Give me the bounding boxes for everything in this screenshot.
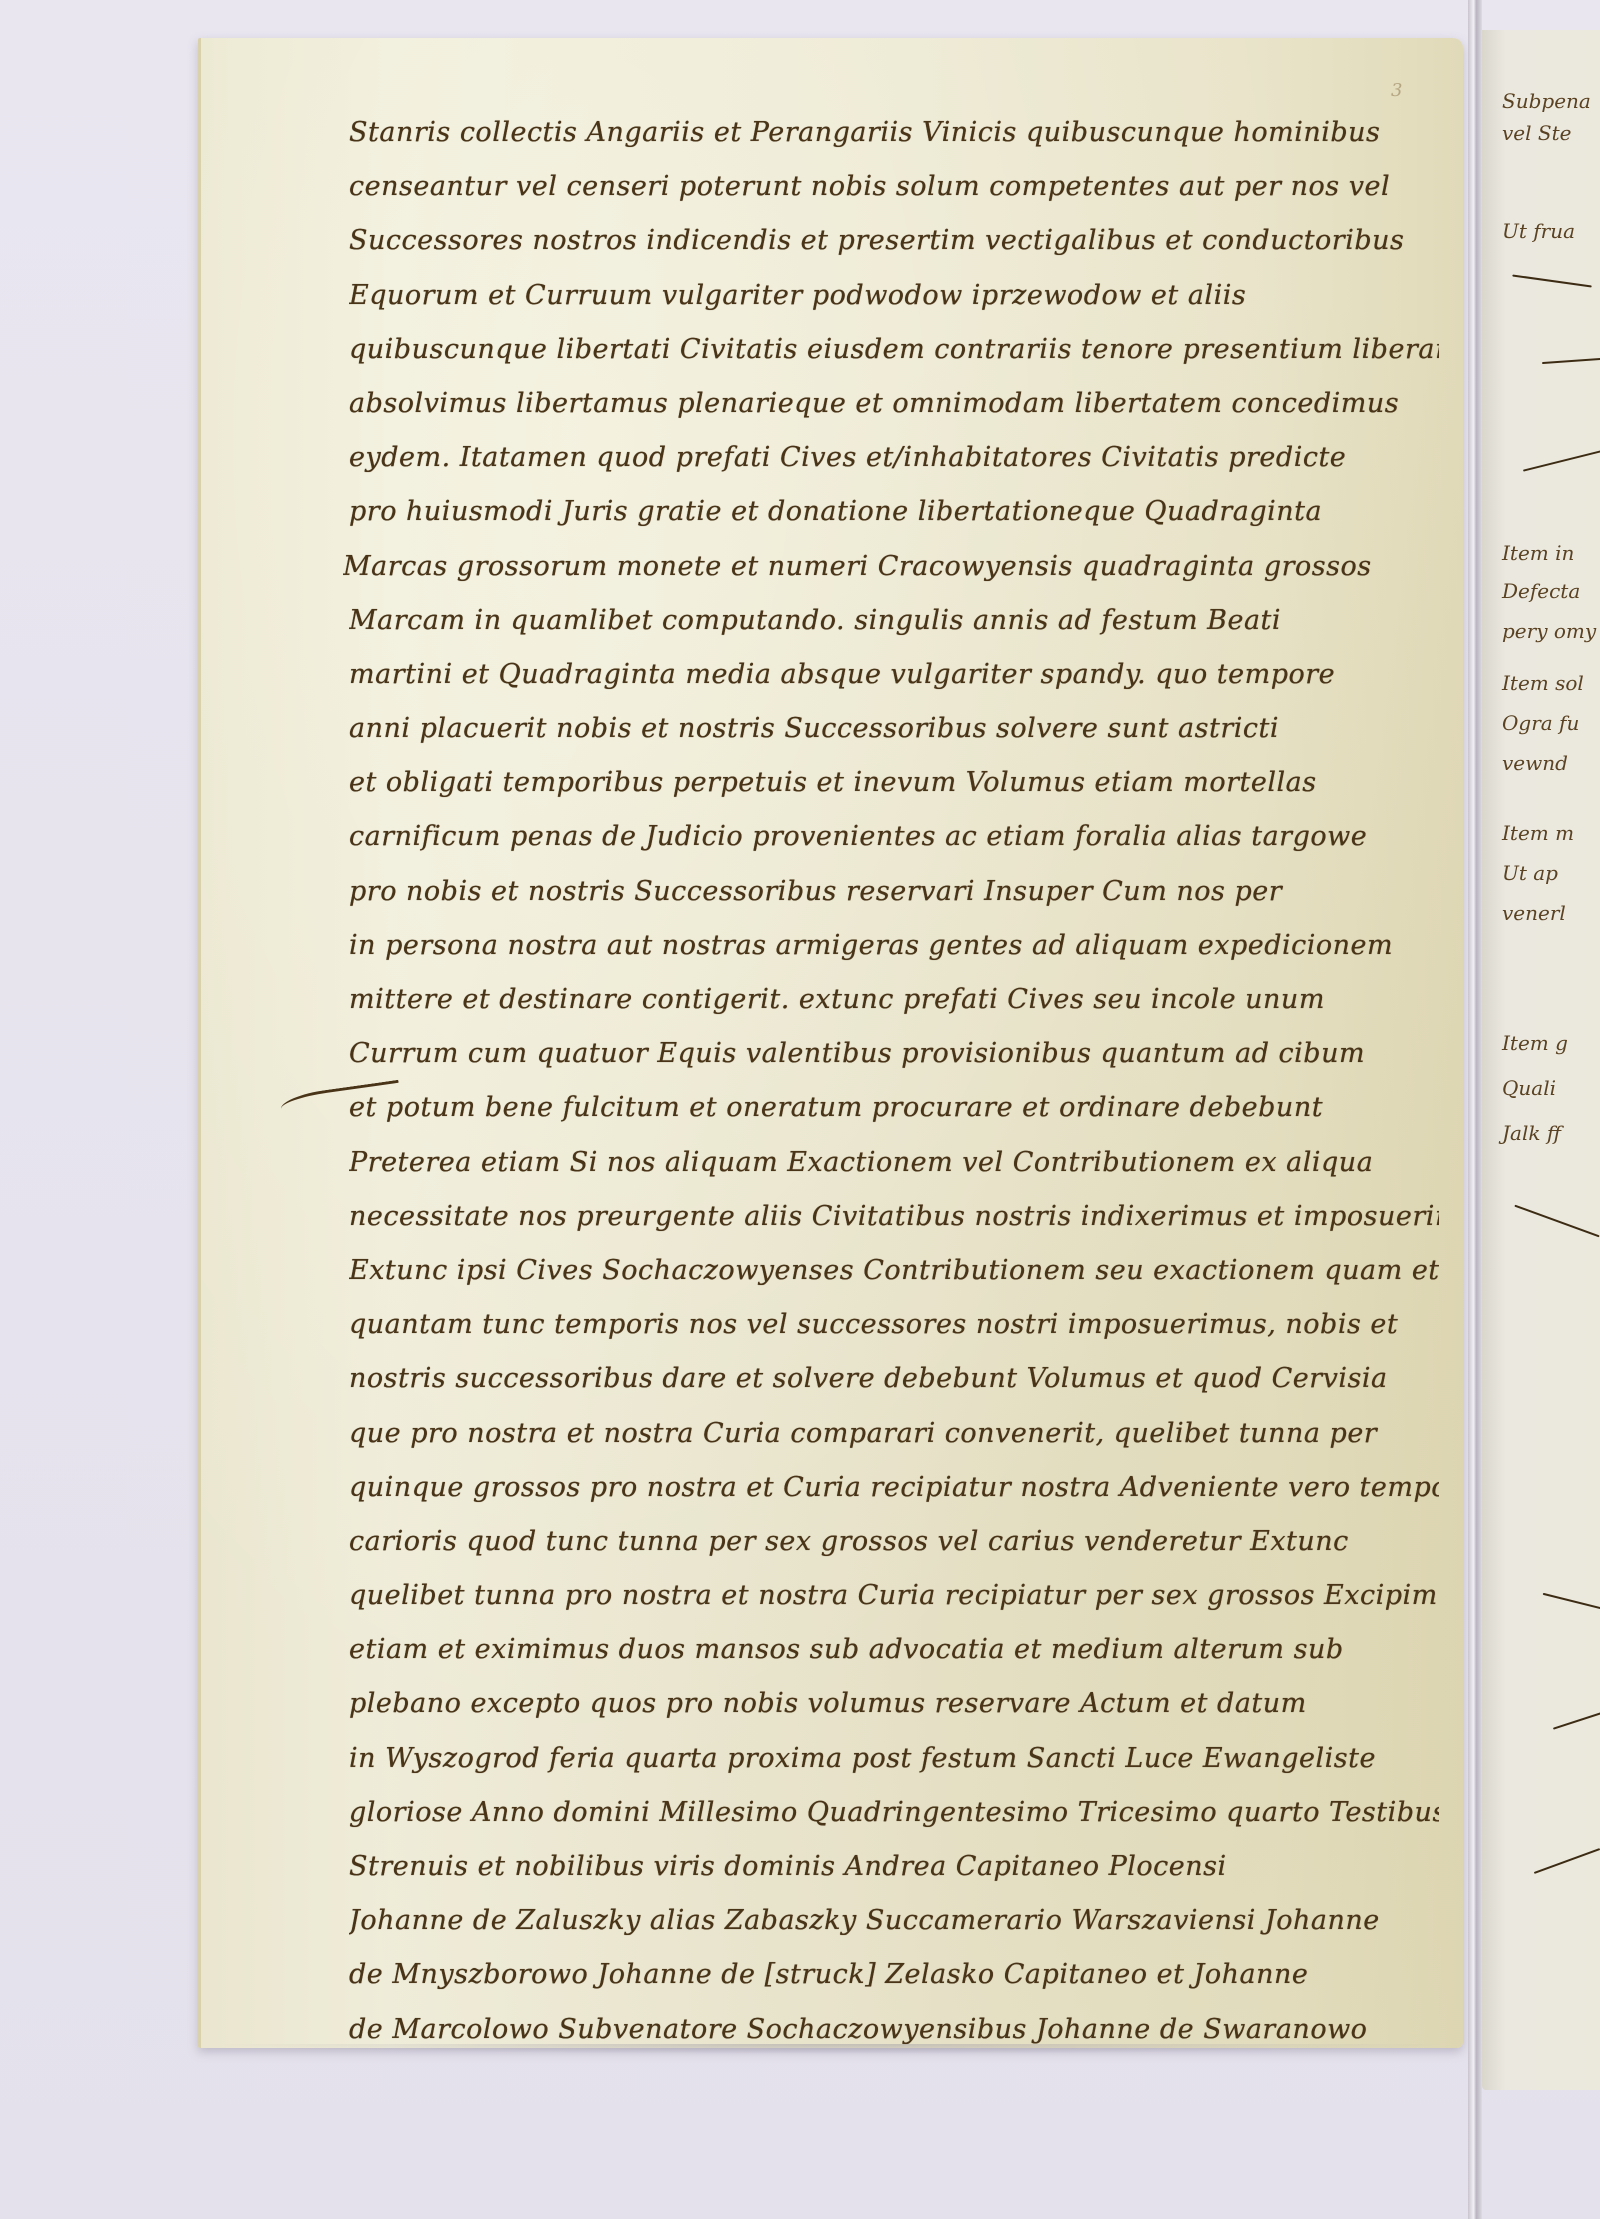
text-line: de Marcolowo Subvenatore Sochaczowyensib… [349, 2003, 1439, 2057]
text-line: eydem. Itatamen quod prefati Cives et/in… [349, 431, 1439, 485]
text-line: gloriose Anno domini Millesimo Quadringe… [349, 1786, 1439, 1840]
margin-stroke [1514, 1205, 1599, 1238]
text-line: Marcas grossorum monete et numeri Cracow… [343, 540, 1439, 594]
margin-note: venerl [1502, 900, 1566, 926]
text-line: necessitate nos preurgente aliis Civitat… [349, 1190, 1439, 1244]
margin-stroke [1512, 274, 1591, 287]
text-line: in persona nostra aut nostras armigeras … [349, 919, 1439, 973]
text-line: in Wyszogrod feria quarta proxima post f… [349, 1732, 1439, 1786]
text-line: Preterea etiam Si nos aliquam Exactionem… [349, 1136, 1439, 1190]
adjacent-folio: Subpena vel Ste Ut frua Item in Defecta … [1482, 30, 1600, 2090]
margin-note: Quali [1502, 1075, 1556, 1101]
margin-stroke [1542, 358, 1600, 364]
text-line: carioris quod tunc tunna per sex grossos… [349, 1515, 1439, 1569]
text-line: Successores nostros indicendis et preser… [349, 214, 1439, 268]
margin-stroke [1543, 1593, 1600, 1609]
text-line: Stanris collectis Angariis et Perangarii… [349, 106, 1439, 160]
text-line: et obligati temporibus perpetuis et inev… [349, 756, 1439, 810]
text-line: Johanne de Zaluszky alias Zabaszky Succa… [349, 1894, 1439, 1948]
binding-gutter [1468, 0, 1482, 2219]
margin-stroke [1534, 1848, 1600, 1874]
text-line: martini et Quadraginta media absque vulg… [349, 648, 1439, 702]
text-line: pro nobis et nostris Successoribus reser… [349, 865, 1439, 919]
image-viewer: 3 Stanris collectis Angariis et Perangar… [0, 0, 1600, 2219]
text-line: carnificum penas de Judicio provenientes… [349, 810, 1439, 864]
text-line: Strenuis et nobilibus viris dominis Andr… [349, 1840, 1439, 1894]
text-line: plebano excepto quos pro nobis volumus r… [349, 1677, 1439, 1731]
text-line: quibuscunque libertati Civitatis eiusdem… [349, 323, 1439, 377]
margin-note: Subpena [1502, 88, 1591, 114]
text-line: Extunc ipsi Cives Sochaczowyenses Contri… [349, 1244, 1439, 1298]
margin-stroke [1553, 1712, 1600, 1729]
margin-note: Ut frua [1502, 218, 1575, 244]
text-line: de Mnyszborowo Johanne de [struck] Zelas… [349, 1948, 1439, 2002]
margin-note: vewnd [1502, 750, 1568, 776]
margin-note: Defecta [1502, 578, 1580, 604]
manuscript-text-block: Stanris collectis Angariis et Perangarii… [349, 106, 1439, 2057]
text-line: absolvimus libertamus plenarieque et omn… [349, 377, 1439, 431]
margin-note: Item sol [1502, 670, 1584, 696]
margin-stroke [1523, 450, 1600, 471]
manuscript-folio: 3 Stanris collectis Angariis et Perangar… [198, 38, 1463, 2048]
margin-note: vel Ste [1502, 120, 1571, 146]
text-line: etiam et eximimus duos mansos sub advoca… [349, 1623, 1439, 1677]
text-line: Equorum et Curruum vulgariter podwodow i… [349, 269, 1439, 323]
margin-note: Ogra fu [1502, 710, 1579, 736]
margin-note: Item m [1502, 820, 1574, 846]
text-line: quantam tunc temporis nos vel successore… [349, 1298, 1439, 1352]
text-line: pro huiusmodi Juris gratie et donatione … [349, 485, 1439, 539]
text-line: censeantur vel censeri poterunt nobis so… [349, 160, 1439, 214]
text-line: nostris successoribus dare et solvere de… [349, 1352, 1439, 1406]
margin-note: Jalk ff [1502, 1120, 1561, 1146]
margin-note: Ut ap [1502, 860, 1558, 886]
margin-note: Item in [1502, 540, 1574, 566]
text-line: que pro nostra et nostra Curia comparari… [349, 1407, 1439, 1461]
text-line: Currum cum quatuor Equis valentibus prov… [349, 1027, 1439, 1081]
margin-note: pery omy [1502, 618, 1596, 644]
text-line: et potum bene fulcitum et oneratum procu… [349, 1081, 1439, 1135]
text-line: mittere et destinare contigerit. extunc … [349, 973, 1439, 1027]
text-line: quelibet tunna pro nostra et nostra Curi… [349, 1569, 1439, 1623]
margin-note: Item g [1502, 1030, 1568, 1056]
text-line: quinque grossos pro nostra et Curia reci… [349, 1461, 1439, 1515]
folio-number: 3 [1391, 80, 1402, 101]
text-line: Marcam in quamlibet computando. singulis… [349, 594, 1439, 648]
text-line: anni placuerit nobis et nostris Successo… [349, 702, 1439, 756]
